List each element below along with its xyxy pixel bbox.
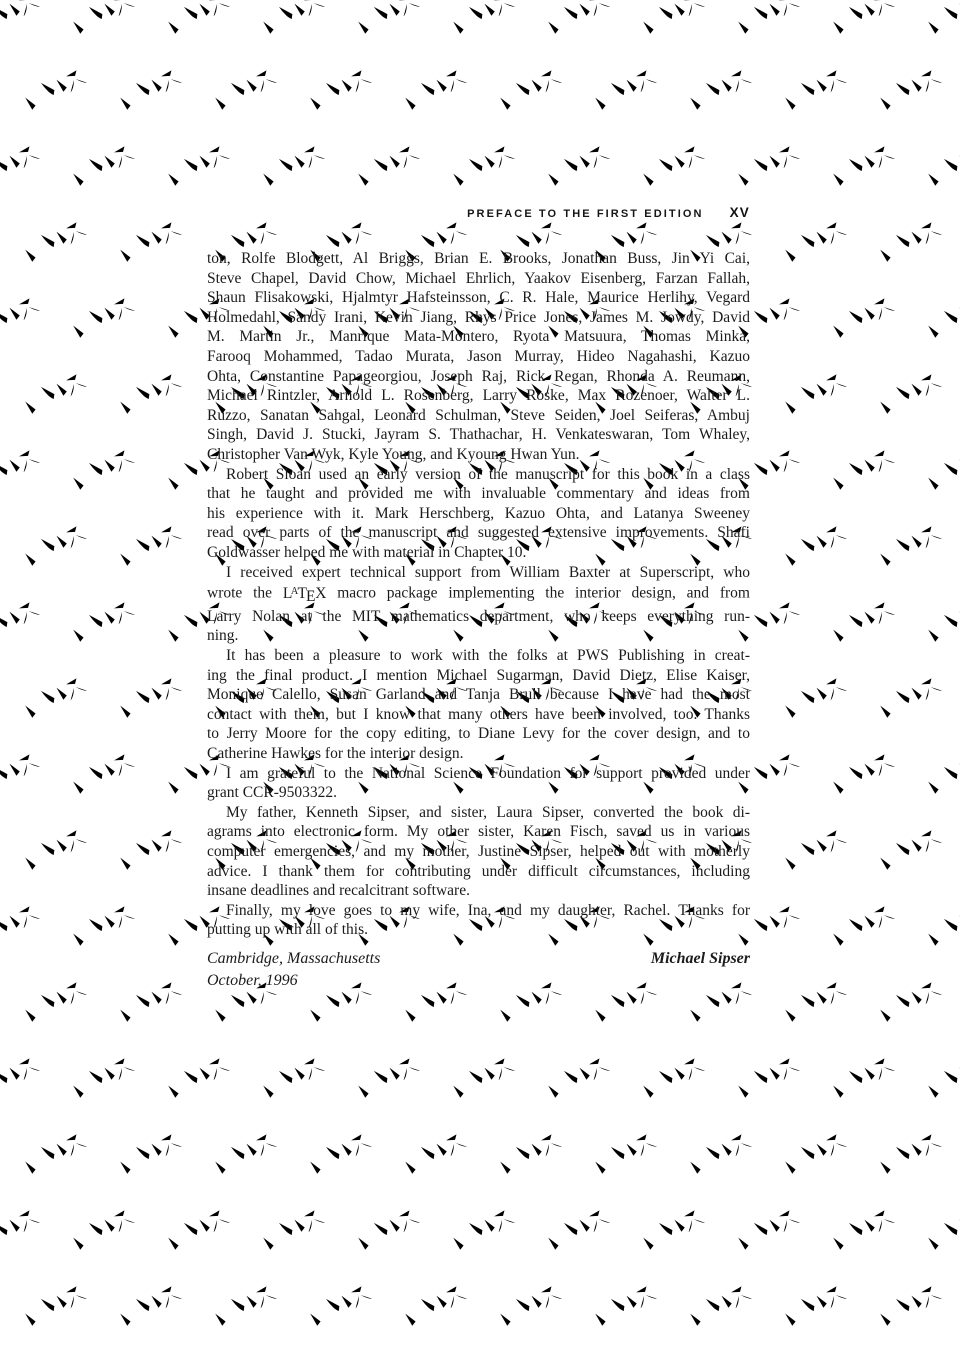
- text-line: Finally, my love goes to my wife, Ina, a…: [207, 901, 750, 921]
- text-line: I am grateful to the National Science Fo…: [207, 764, 750, 784]
- trial-reading-watermark: [14, 1119, 91, 1184]
- trial-reading-watermark: [14, 663, 91, 728]
- trial-reading-watermark: [252, 1195, 329, 1260]
- text-line: read over parts of the manuscript and su…: [207, 523, 750, 543]
- trial-reading-watermark: [869, 663, 946, 728]
- trial-reading-watermark: [822, 891, 899, 956]
- text-line: computer emergencies, and my mother, Jus…: [207, 842, 750, 862]
- trial-reading-watermark: [822, 0, 899, 45]
- trial-reading-watermark: [632, 131, 709, 196]
- trial-reading-watermark: [0, 1195, 43, 1260]
- trial-reading-watermark: [62, 1043, 139, 1108]
- trial-reading-watermark: [537, 1195, 614, 1260]
- trial-reading-watermark: [252, 131, 329, 196]
- trial-reading-watermark: [774, 967, 851, 1032]
- signature-place: Cambridge, Massachusetts: [207, 948, 380, 970]
- latex-logo: LATEX: [283, 585, 327, 602]
- body-text: ton, Rolfe Blodgett, Al Briggs, Brian E.…: [207, 249, 750, 940]
- trial-reading-watermark: [157, 131, 234, 196]
- signature-date: October, 1996: [207, 970, 380, 992]
- trial-reading-watermark: [584, 55, 661, 120]
- signature-author: Michael Sipser: [651, 948, 750, 970]
- trial-reading-watermark: [727, 1043, 804, 1108]
- trial-reading-watermark: [917, 1195, 960, 1260]
- trial-reading-watermark: [822, 739, 899, 804]
- text-line: that he taught and provided me with inva…: [207, 484, 750, 504]
- trial-reading-watermark: [774, 663, 851, 728]
- trial-reading-watermark: [537, 1043, 614, 1108]
- trial-reading-watermark: [394, 1271, 471, 1336]
- text-line: My father, Kenneth Sipser, and sister, L…: [207, 803, 750, 823]
- trial-reading-watermark: [869, 1271, 946, 1336]
- trial-reading-watermark: [109, 1119, 186, 1184]
- trial-reading-watermark: [774, 815, 851, 880]
- text-line: Christopher Van Wyk, Kyle Young, and Kyo…: [207, 445, 750, 465]
- text-line: Steve Chapel, David Chow, Michael Ehrlic…: [207, 269, 750, 289]
- trial-reading-watermark: [157, 1043, 234, 1108]
- text-line: Holmedahl, Sandy Irani, Kevin Jiang, Rhy…: [207, 308, 750, 328]
- trial-reading-watermark: [869, 815, 946, 880]
- text-line: It has been a pleasure to work with the …: [207, 646, 750, 666]
- trial-reading-watermark: [727, 0, 804, 45]
- trial-reading-watermark: [822, 1043, 899, 1108]
- trial-reading-watermark: [869, 967, 946, 1032]
- text-line: Catherine Hawkes for the interior design…: [207, 744, 750, 764]
- text-line: Farooq Mohammed, Tadao Murata, Jason Mur…: [207, 347, 750, 367]
- trial-reading-watermark: [62, 739, 139, 804]
- trial-reading-watermark: [14, 511, 91, 576]
- trial-reading-watermark: [62, 435, 139, 500]
- trial-reading-watermark: [0, 739, 43, 804]
- page-number: XV: [730, 205, 750, 220]
- text-line: Monique Calello, Susan Garland and Tanja…: [207, 685, 750, 705]
- trial-reading-watermark: [204, 1271, 281, 1336]
- trial-reading-watermark: [14, 55, 91, 120]
- trial-reading-watermark: [109, 663, 186, 728]
- paragraph: My father, Kenneth Sipser, and sister, L…: [207, 803, 750, 901]
- trial-reading-watermark: [537, 0, 614, 45]
- trial-reading-watermark: [62, 587, 139, 652]
- trial-reading-watermark: [14, 359, 91, 424]
- trial-reading-watermark: [632, 0, 709, 45]
- trial-reading-watermark: [917, 1043, 960, 1108]
- trial-reading-watermark: [679, 1271, 756, 1336]
- trial-reading-watermark: [62, 283, 139, 348]
- trial-reading-watermark: [62, 1195, 139, 1260]
- trial-reading-watermark: [774, 1271, 851, 1336]
- trial-reading-watermark: [0, 587, 43, 652]
- text-line: contact with them, but I know that many …: [207, 705, 750, 725]
- trial-reading-watermark: [774, 511, 851, 576]
- text-line: ing the final product. I mention Michael…: [207, 666, 750, 686]
- trial-reading-watermark: [14, 815, 91, 880]
- trial-reading-watermark: [727, 1195, 804, 1260]
- trial-reading-watermark: [347, 131, 424, 196]
- trial-reading-watermark: [299, 55, 376, 120]
- trial-reading-watermark: [774, 1119, 851, 1184]
- trial-reading-watermark: [347, 1195, 424, 1260]
- trial-reading-watermark: [869, 359, 946, 424]
- trial-reading-watermark: [14, 967, 91, 1032]
- text-line: ning.: [207, 626, 750, 646]
- trial-reading-watermark: [584, 1119, 661, 1184]
- trial-reading-watermark: [0, 131, 43, 196]
- trial-reading-watermark: [299, 1119, 376, 1184]
- trial-reading-watermark: [394, 1119, 471, 1184]
- paragraph: It has been a pleasure to work with the …: [207, 646, 750, 764]
- text-line: Ohta, Constantine Papageorgiou, Joseph R…: [207, 367, 750, 387]
- book-page: PREFACE TO THE FIRST EDITION XV ton, Rol…: [0, 0, 960, 1357]
- trial-reading-watermark: [109, 55, 186, 120]
- trial-reading-watermark: [917, 739, 960, 804]
- text-line: agrams into electronic form. My other si…: [207, 822, 750, 842]
- trial-reading-watermark: [0, 891, 43, 956]
- signature-place-date: Cambridge, Massachusetts October, 1996: [207, 948, 380, 991]
- trial-reading-watermark: [109, 359, 186, 424]
- trial-reading-watermark: [489, 1119, 566, 1184]
- text-line: putting up with all of this.: [207, 920, 750, 940]
- trial-reading-watermark: [822, 131, 899, 196]
- trial-reading-watermark: [157, 1195, 234, 1260]
- running-head: PREFACE TO THE FIRST EDITION XV: [207, 205, 750, 220]
- trial-reading-watermark: [489, 1271, 566, 1336]
- trial-reading-watermark: [917, 587, 960, 652]
- trial-reading-watermark: [632, 1195, 709, 1260]
- text-line: grant CCR-9503322.: [207, 783, 750, 803]
- trial-reading-watermark: [14, 207, 91, 272]
- paragraph: ton, Rolfe Blodgett, Al Briggs, Brian E.…: [207, 249, 750, 465]
- trial-reading-watermark: [869, 1119, 946, 1184]
- text-line: Singh, David J. Stucki, Jayram S. Thatha…: [207, 425, 750, 445]
- paragraph: I am grateful to the National Science Fo…: [207, 764, 750, 803]
- trial-reading-watermark: [442, 1043, 519, 1108]
- trial-reading-watermark: [204, 1119, 281, 1184]
- trial-reading-watermark: [62, 0, 139, 45]
- trial-reading-watermark: [917, 0, 960, 45]
- trial-reading-watermark: [0, 435, 43, 500]
- trial-reading-watermark: [204, 55, 281, 120]
- trial-reading-watermark: [109, 207, 186, 272]
- text-line: Shaun Flisakowski, Hjalmtyr Hafsteinsson…: [207, 288, 750, 308]
- trial-reading-watermark: [774, 359, 851, 424]
- trial-reading-watermark: [679, 1119, 756, 1184]
- trial-reading-watermark: [157, 0, 234, 45]
- trial-reading-watermark: [869, 55, 946, 120]
- text-line: Ruzzo, Sanatan Sahgal, Leonard Schulman,…: [207, 406, 750, 426]
- text-line: M. Martin Jr., Manrique Mata-Montero, Ry…: [207, 327, 750, 347]
- trial-reading-watermark: [869, 207, 946, 272]
- trial-reading-watermark: [252, 1043, 329, 1108]
- trial-reading-watermark: [109, 1271, 186, 1336]
- trial-reading-watermark: [62, 891, 139, 956]
- trial-reading-watermark: [109, 815, 186, 880]
- text-line: I received expert technical support from…: [207, 563, 750, 583]
- trial-reading-watermark: [394, 55, 471, 120]
- text-line: Robert Sloan used an early version of th…: [207, 465, 750, 485]
- text-line: insane deadlines and recalcitrant softwa…: [207, 881, 750, 901]
- paragraph: Robert Sloan used an early version of th…: [207, 465, 750, 563]
- trial-reading-watermark: [822, 1195, 899, 1260]
- trial-reading-watermark: [727, 131, 804, 196]
- trial-reading-watermark: [62, 131, 139, 196]
- trial-reading-watermark: [869, 511, 946, 576]
- trial-reading-watermark: [917, 131, 960, 196]
- trial-reading-watermark: [14, 1271, 91, 1336]
- text-line: wrote the LATEX macro package implementi…: [207, 582, 750, 607]
- trial-reading-watermark: [0, 283, 43, 348]
- text-line: advice. I thank them for contributing un…: [207, 862, 750, 882]
- text-line: his experience with it. Mark Herschberg,…: [207, 504, 750, 524]
- trial-reading-watermark: [774, 207, 851, 272]
- text-line: to Jerry Moore for the copy editing, to …: [207, 724, 750, 744]
- text-line: Goldwasser helped me with material in Ch…: [207, 543, 750, 563]
- trial-reading-watermark: [299, 1271, 376, 1336]
- trial-reading-watermark: [679, 55, 756, 120]
- trial-reading-watermark: [0, 1043, 43, 1108]
- signature-block: Cambridge, Massachusetts October, 1996 M…: [207, 948, 750, 991]
- trial-reading-watermark: [917, 435, 960, 500]
- trial-reading-watermark: [0, 0, 43, 45]
- trial-reading-watermark: [584, 1271, 661, 1336]
- trial-reading-watermark: [442, 131, 519, 196]
- paragraph: I received expert technical support from…: [207, 563, 750, 647]
- trial-reading-watermark: [442, 1195, 519, 1260]
- trial-reading-watermark: [252, 0, 329, 45]
- trial-reading-watermark: [917, 283, 960, 348]
- trial-reading-watermark: [537, 131, 614, 196]
- trial-reading-watermark: [822, 283, 899, 348]
- trial-reading-watermark: [442, 0, 519, 45]
- trial-reading-watermark: [917, 891, 960, 956]
- text-line: Michael Rintzler, Arnold L. Rosenberg, L…: [207, 386, 750, 406]
- trial-reading-watermark: [822, 435, 899, 500]
- trial-reading-watermark: [489, 55, 566, 120]
- trial-reading-watermark: [822, 587, 899, 652]
- text-line: Larry Nolan at the MIT mathematics depar…: [207, 607, 750, 627]
- trial-reading-watermark: [109, 967, 186, 1032]
- paragraph: Finally, my love goes to my wife, Ina, a…: [207, 901, 750, 940]
- trial-reading-watermark: [347, 0, 424, 45]
- chapter-title: PREFACE TO THE FIRST EDITION: [467, 208, 703, 220]
- text-line: ton, Rolfe Blodgett, Al Briggs, Brian E.…: [207, 249, 750, 269]
- trial-reading-watermark: [347, 1043, 424, 1108]
- trial-reading-watermark: [774, 55, 851, 120]
- trial-reading-watermark: [109, 511, 186, 576]
- trial-reading-watermark: [632, 1043, 709, 1108]
